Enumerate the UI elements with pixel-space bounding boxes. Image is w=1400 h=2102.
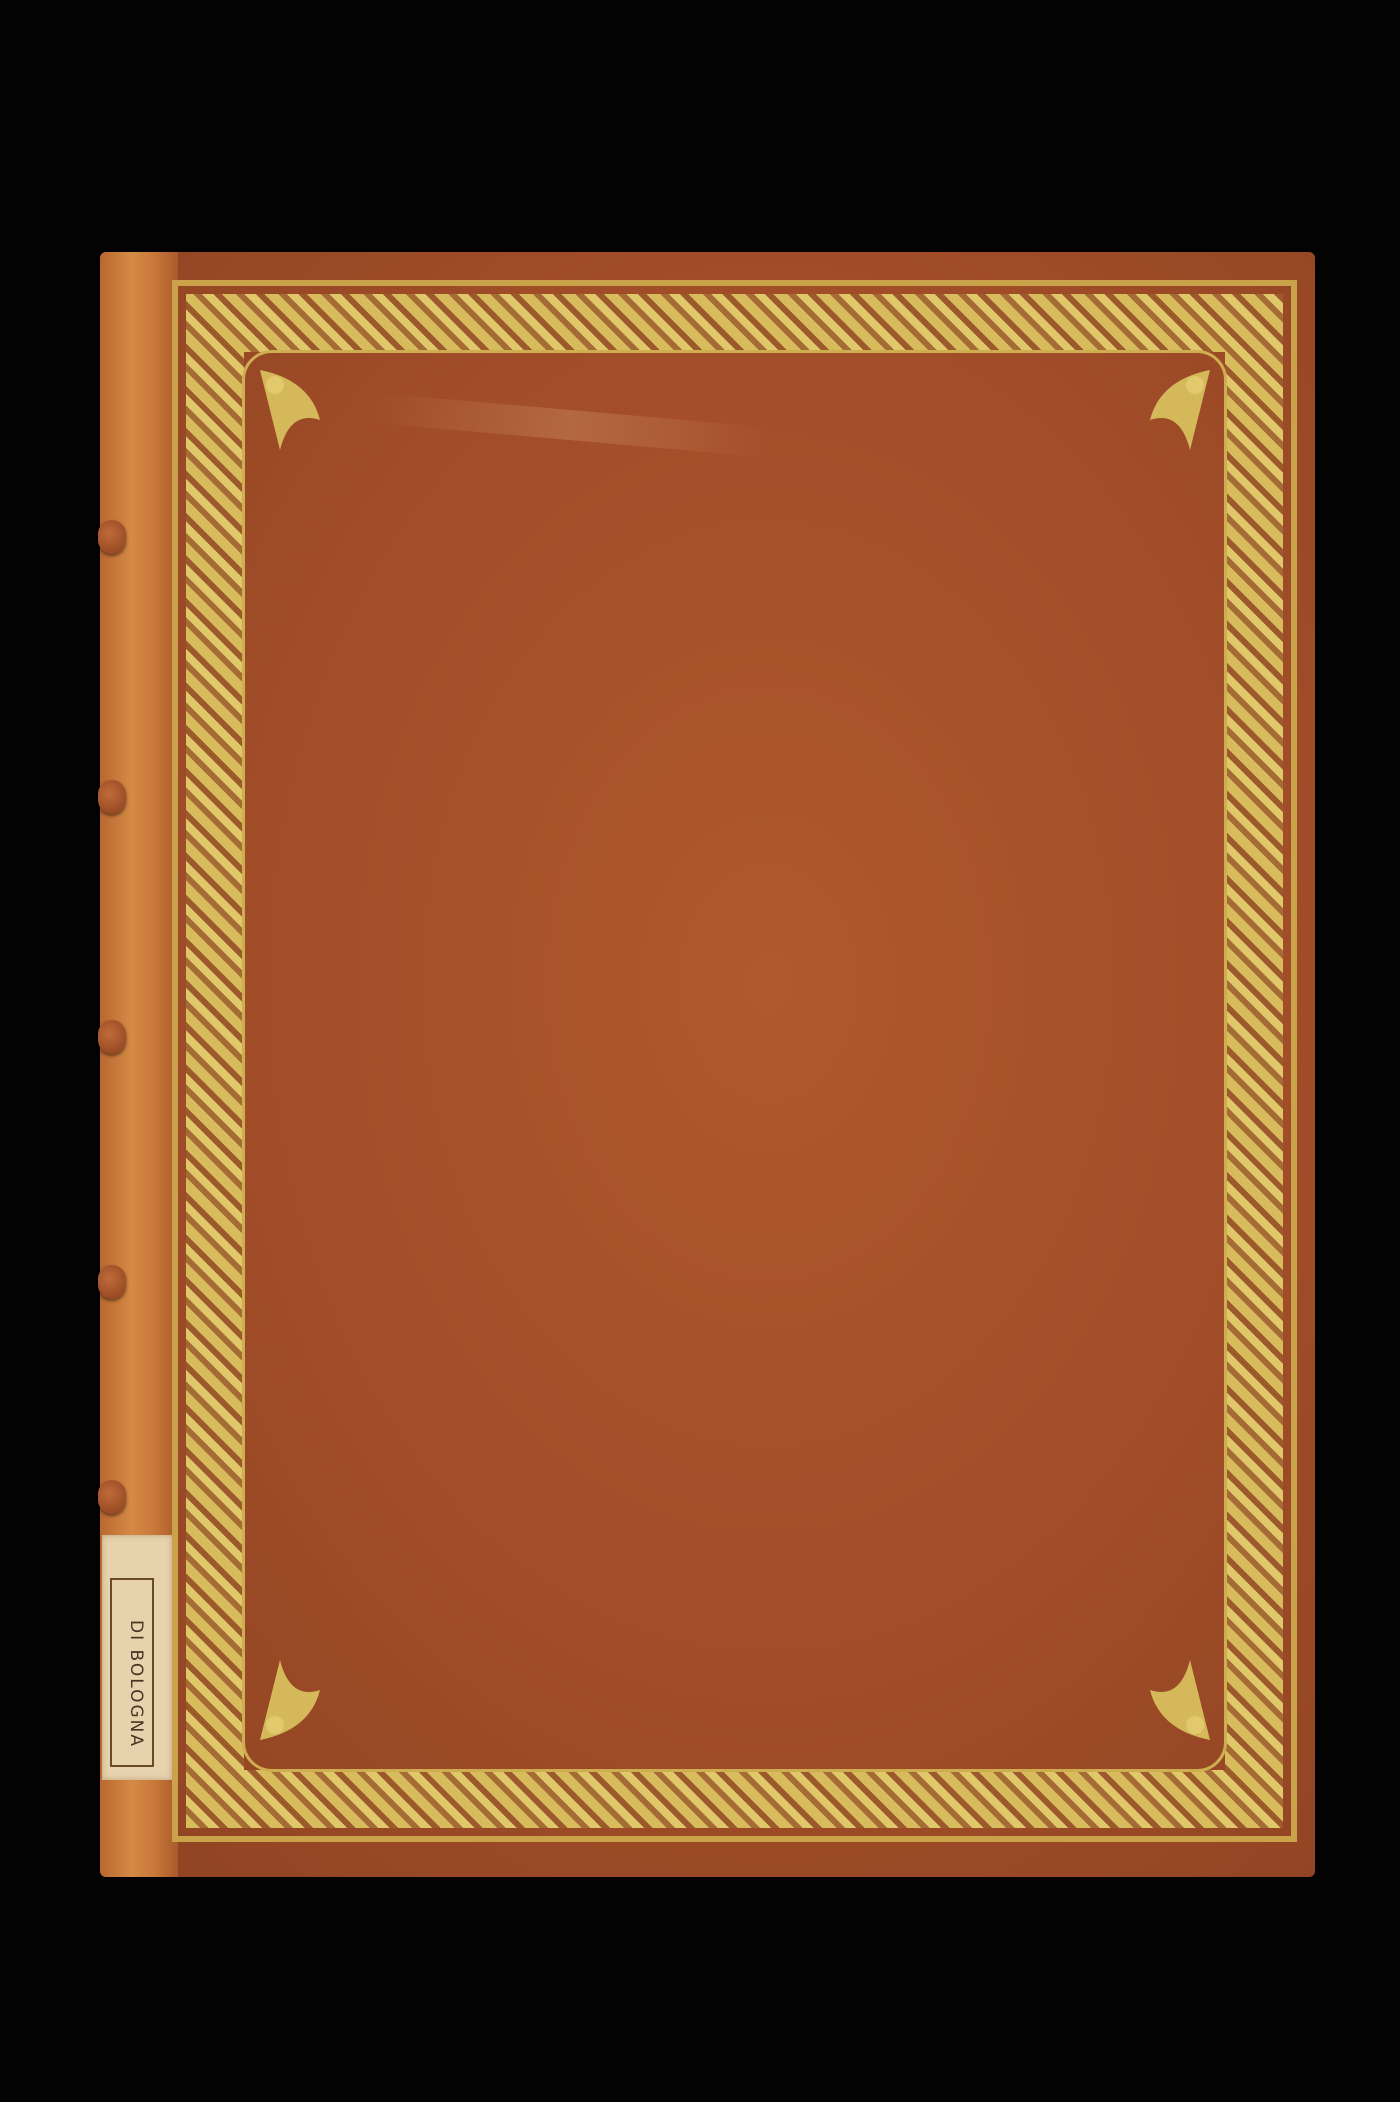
spine-band — [98, 1020, 126, 1054]
spine-band — [98, 1265, 126, 1299]
spine-label-text: DI BOLOGNA — [126, 1620, 146, 1748]
corner-ornament-icon — [1110, 360, 1220, 470]
corner-ornament-icon — [250, 360, 360, 470]
gilt-frame-inner-rule — [242, 350, 1227, 1772]
spine-band — [98, 520, 126, 554]
spine-band — [98, 780, 126, 814]
corner-ornament-icon — [250, 1640, 360, 1750]
corner-ornament-icon — [1110, 1640, 1220, 1750]
spine-band — [98, 1480, 126, 1514]
